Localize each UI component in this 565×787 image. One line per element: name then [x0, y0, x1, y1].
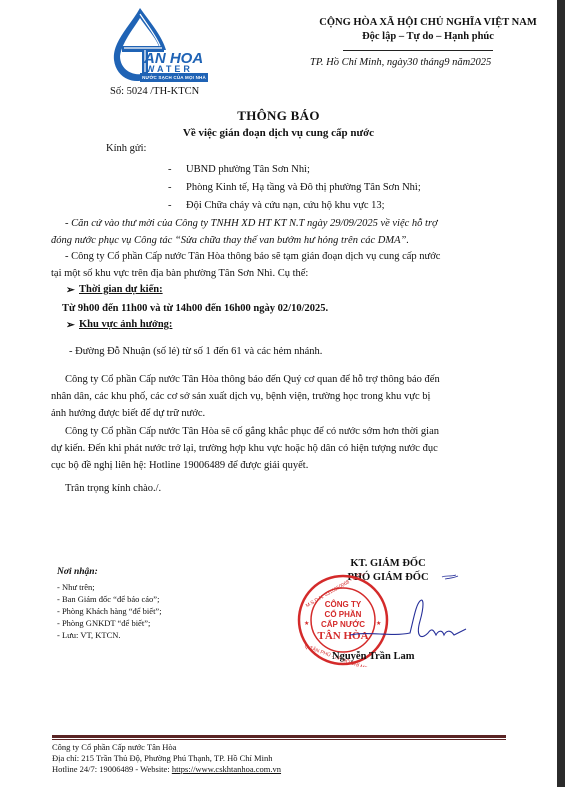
recipient-item: - Phòng Khách hàng “để biết”;: [57, 606, 162, 616]
addressee-bullet: -: [168, 182, 172, 193]
basis-line: đóng nước phục vụ Công tác “Sửa chữa tha…: [51, 235, 409, 246]
footer-divider-thin: [52, 739, 506, 740]
dateline: TP. Hồ Chí Minh, ngày30 tháng9 năm2025: [310, 57, 491, 68]
announcement-line: tại một số khu vực trên địa bàn phường T…: [51, 268, 308, 279]
motto-underline-divider: [343, 50, 493, 51]
addressee-item: UBND phường Tân Sơn Nhì;: [186, 164, 310, 175]
recipient-item: - Lưu: VT, KTCN.: [57, 630, 121, 640]
footer-contact: Hotline 24/7: 19006489 - Website: https:…: [52, 764, 281, 774]
footer-company: Công ty Cổ phần Cấp nước Tân Hòa: [52, 742, 176, 752]
addressee-item: Phòng Kinh tế, Hạ tầng và Đô thị phường …: [186, 182, 421, 193]
viewer-scrollbar[interactable]: [557, 0, 565, 787]
document-subtitle: Về việc gián đoạn dịch vụ cung cấp nước: [0, 127, 557, 139]
footer-divider: [52, 735, 506, 738]
schedule-heading: Thời gian dự kiến:: [79, 284, 163, 295]
addressee-bullet: -: [168, 164, 172, 175]
addressee-item: Đội Chữa cháy và cứu nạn, cứu hộ khu vực…: [186, 200, 385, 211]
recipient-item: - Ban Giám đốc “để báo cáo”;: [57, 594, 159, 604]
recipients-title: Nơi nhận:: [57, 567, 98, 577]
document-page: AN HOA WATER NƯỚC SẠCH CỦA MỌI NHÀ Số: 5…: [0, 0, 557, 787]
footer-hotline: Hotline 24/7: 19006489 - Website:: [52, 764, 172, 774]
paragraph-line: Công ty Cổ phần Cấp nước Tân Hòa sẽ cố g…: [65, 426, 439, 437]
signature-scribble-icon: [350, 565, 470, 655]
recipient-item: - Phòng GNKDT “để biết”;: [57, 618, 150, 628]
arrow-bullet-icon: ➢: [66, 284, 75, 296]
basis-line: - Căn cứ vào thư mời của Công ty TNHH XD…: [65, 218, 438, 229]
announcement-line: - Công ty Cổ phần Cấp nước Tân Hòa thông…: [65, 251, 440, 262]
footer-website-link[interactable]: https://www.cskhtanhoa.com.vn: [172, 764, 281, 774]
paragraph-line: cục bộ đề nghị liên hệ: Hotline 19006489…: [51, 460, 308, 471]
affected-area-heading: Khu vực ảnh hưởng:: [79, 319, 172, 330]
affected-area-item: - Đường Đỗ Nhuận (số lẻ) từ số 1 đến 61 …: [69, 346, 322, 357]
recipient-item: - Như trên;: [57, 582, 95, 592]
schedule-value: Từ 9h00 đến 11h00 và từ 14h00 đến 16h00 …: [62, 303, 328, 314]
arrow-bullet-icon: ➢: [66, 319, 75, 331]
paragraph-line: Công ty Cổ phần Cấp nước Tân Hòa thông b…: [65, 374, 440, 385]
paragraph-line: ảnh hưởng được biết để dự trữ nước.: [51, 408, 205, 419]
addressee-bullet: -: [168, 200, 172, 211]
paragraph-line: dự kiến. Đến khi phát nước trở lại, trườ…: [51, 443, 438, 454]
footer-address: Địa chỉ: 215 Trần Thủ Độ, Phường Phú Thạ…: [52, 753, 272, 763]
paragraph-line: nhân dân, các khu phố, các cơ sở sản xuấ…: [51, 391, 430, 402]
closing: Trân trọng kính chào./.: [65, 483, 161, 494]
national-title: CỘNG HÒA XÃ HỘI CHỦ NGHĨA VIỆT NAM: [300, 17, 556, 28]
national-motto: Độc lập – Tự do – Hạnh phúc: [300, 31, 556, 42]
svg-text:★: ★: [304, 620, 309, 627]
signer-name: Nguyễn Trần Lam: [332, 651, 414, 662]
logo-tagline: NƯỚC SẠCH CỦA MỌI NHÀ: [140, 73, 208, 82]
document-number: Số: 5024 /TH-KTCN: [110, 86, 199, 97]
salutation: Kính gửi:: [106, 143, 146, 154]
document-title: THÔNG BÁO: [0, 108, 557, 124]
